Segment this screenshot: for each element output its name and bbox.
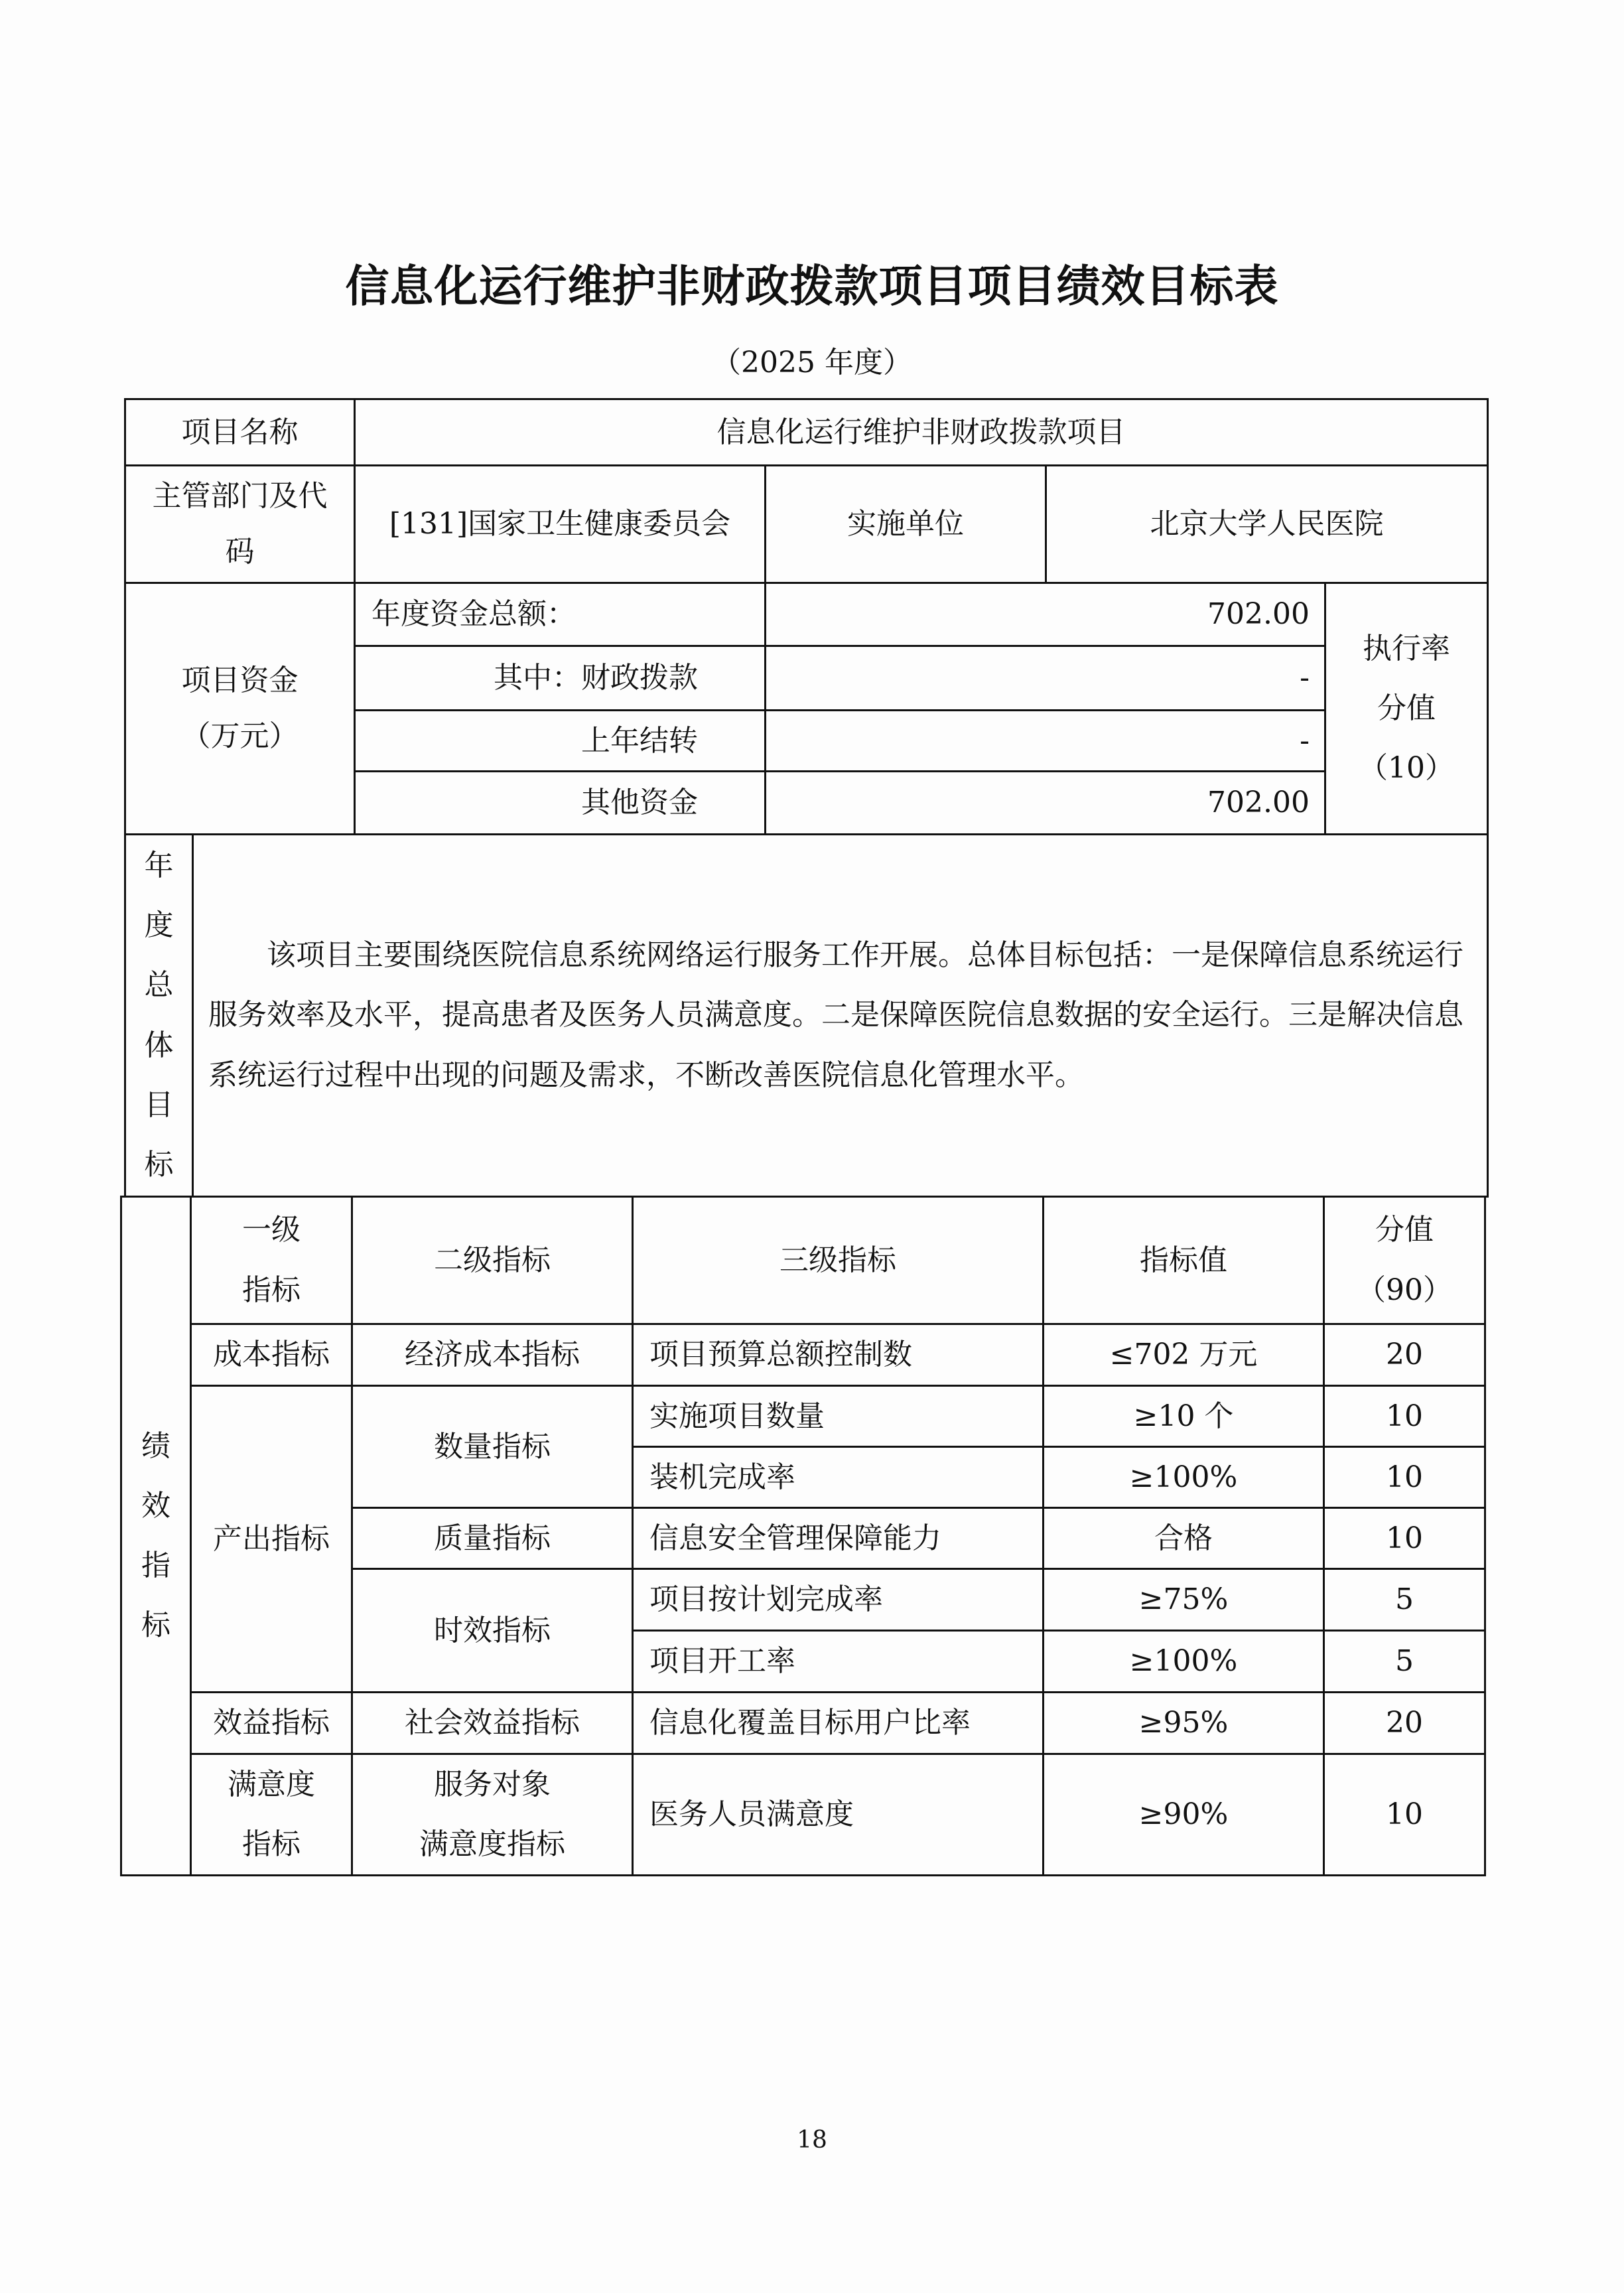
indicator-score: 10 — [1324, 1754, 1485, 1876]
indicator-value: ≥95% — [1044, 1693, 1324, 1754]
funds-total-label: 年度资金总额： — [355, 583, 766, 646]
indicator-value: ≥75% — [1044, 1569, 1324, 1631]
indicator-value: ≥10 个 — [1044, 1386, 1324, 1447]
indicator-score: 5 — [1324, 1569, 1485, 1631]
funds-carryover-value: - — [766, 711, 1325, 772]
implementing-unit-value: 北京大学人民医院 — [1046, 466, 1488, 583]
level3-staff-satisfaction: 医务人员满意度 — [633, 1754, 1044, 1876]
funds-label: 项目资金 （万元） — [125, 583, 355, 835]
table-row: 成本指标 经济成本指标 项目预算总额控制数 ≤702 万元 20 — [121, 1324, 1485, 1386]
header-score: 分值 （90） — [1324, 1197, 1485, 1324]
implementing-unit-label: 实施单位 — [766, 466, 1046, 583]
project-name-value: 信息化运行维护非财政拨款项目 — [355, 399, 1488, 466]
level3-info-security: 信息安全管理保障能力 — [633, 1508, 1044, 1569]
department-label: 主管部门及代 码 — [125, 466, 355, 583]
project-info-table: 项目名称 信息化运行维护非财政拨款项目 主管部门及代 码 [131]国家卫生健康… — [124, 398, 1489, 835]
level3-project-count: 实施项目数量 — [633, 1386, 1044, 1447]
level2-economic-cost: 经济成本指标 — [352, 1324, 633, 1386]
level2-social-benefit: 社会效益指标 — [352, 1693, 633, 1754]
indicators-header-row: 绩 效 指 标 一级 指标 二级指标 三级指标 指标值 分值 （90） — [121, 1197, 1485, 1324]
header-indicator-value: 指标值 — [1044, 1197, 1324, 1324]
indicator-value: 合格 — [1044, 1508, 1324, 1569]
annual-goal-text: 该项目主要围绕医院信息系统网络运行服务工作开展。总体目标包括：一是保障信息系统运… — [193, 835, 1488, 1197]
header-level3: 三级指标 — [633, 1197, 1044, 1324]
indicator-score: 10 — [1324, 1386, 1485, 1447]
table-row: 效益指标 社会效益指标 信息化覆盖目标用户比率 ≥95% 20 — [121, 1693, 1485, 1754]
level2-timeliness: 时效指标 — [352, 1569, 633, 1693]
indicator-value: ≥100% — [1044, 1447, 1324, 1508]
level1-benefit: 效益指标 — [191, 1693, 352, 1754]
indicator-value: ≥100% — [1044, 1631, 1324, 1693]
project-name-row: 项目名称 信息化运行维护非财政拨款项目 — [125, 399, 1488, 466]
level1-cost: 成本指标 — [191, 1324, 352, 1386]
funds-fiscal-value: - — [766, 646, 1325, 711]
level1-satisfaction: 满意度 指标 — [191, 1754, 352, 1876]
header-level2: 二级指标 — [352, 1197, 633, 1324]
annual-goal-label: 年 度 总 体 目 标 — [125, 835, 193, 1197]
project-name-label: 项目名称 — [125, 399, 355, 466]
funds-row-total: 项目资金 （万元） 年度资金总额： 702.00 执行率 分值 （10） — [125, 583, 1488, 646]
header-level1: 一级 指标 — [191, 1197, 352, 1324]
indicator-score: 10 — [1324, 1447, 1485, 1508]
indicator-score: 5 — [1324, 1631, 1485, 1693]
level3-budget-control: 项目预算总额控制数 — [633, 1324, 1044, 1386]
indicator-value: ≥90% — [1044, 1754, 1324, 1876]
indicator-value: ≤702 万元 — [1044, 1324, 1324, 1386]
page-title: 信息化运行维护非财政拨款项目项目绩效目标表 — [0, 251, 1624, 314]
annual-goal-table: 年 度 总 体 目 标 该项目主要围绕医院信息系统网络运行服务工作开展。总体目标… — [124, 833, 1489, 1198]
table-row: 满意度 指标 服务对象 满意度指标 医务人员满意度 ≥90% 10 — [121, 1754, 1485, 1876]
funds-other-value: 702.00 — [766, 772, 1325, 835]
performance-indicators-table: 绩 效 指 标 一级 指标 二级指标 三级指标 指标值 分值 （90） 成本指标… — [120, 1196, 1486, 1876]
indicator-score: 10 — [1324, 1508, 1485, 1569]
level2-quantity: 数量指标 — [352, 1386, 633, 1508]
department-row: 主管部门及代 码 [131]国家卫生健康委员会 实施单位 北京大学人民医院 — [125, 466, 1488, 583]
department-value: [131]国家卫生健康委员会 — [355, 466, 766, 583]
level1-output: 产出指标 — [191, 1386, 352, 1693]
level2-service-satisfaction: 服务对象 满意度指标 — [352, 1754, 633, 1876]
level3-plan-completion-rate: 项目按计划完成率 — [633, 1569, 1044, 1631]
page-number: 18 — [0, 2126, 1624, 2154]
table-row: 产出指标 数量指标 实施项目数量 ≥10 个 10 — [121, 1386, 1485, 1447]
indicator-score: 20 — [1324, 1324, 1485, 1386]
funds-fiscal-label: 其中：财政拨款 — [355, 646, 766, 711]
performance-indicators-label: 绩 效 指 标 — [121, 1197, 191, 1876]
level3-coverage-rate: 信息化覆盖目标用户比率 — [633, 1693, 1044, 1754]
level3-project-start-rate: 项目开工率 — [633, 1631, 1044, 1693]
level3-installation-rate: 装机完成率 — [633, 1447, 1044, 1508]
level2-quality: 质量指标 — [352, 1508, 633, 1569]
funds-carryover-label: 上年结转 — [355, 711, 766, 772]
page-subtitle-year: （2025 年度） — [0, 338, 1624, 381]
execution-rate-score: 执行率 分值 （10） — [1325, 583, 1488, 835]
indicator-score: 20 — [1324, 1693, 1485, 1754]
funds-total-value: 702.00 — [766, 583, 1325, 646]
funds-other-label: 其他资金 — [355, 772, 766, 835]
